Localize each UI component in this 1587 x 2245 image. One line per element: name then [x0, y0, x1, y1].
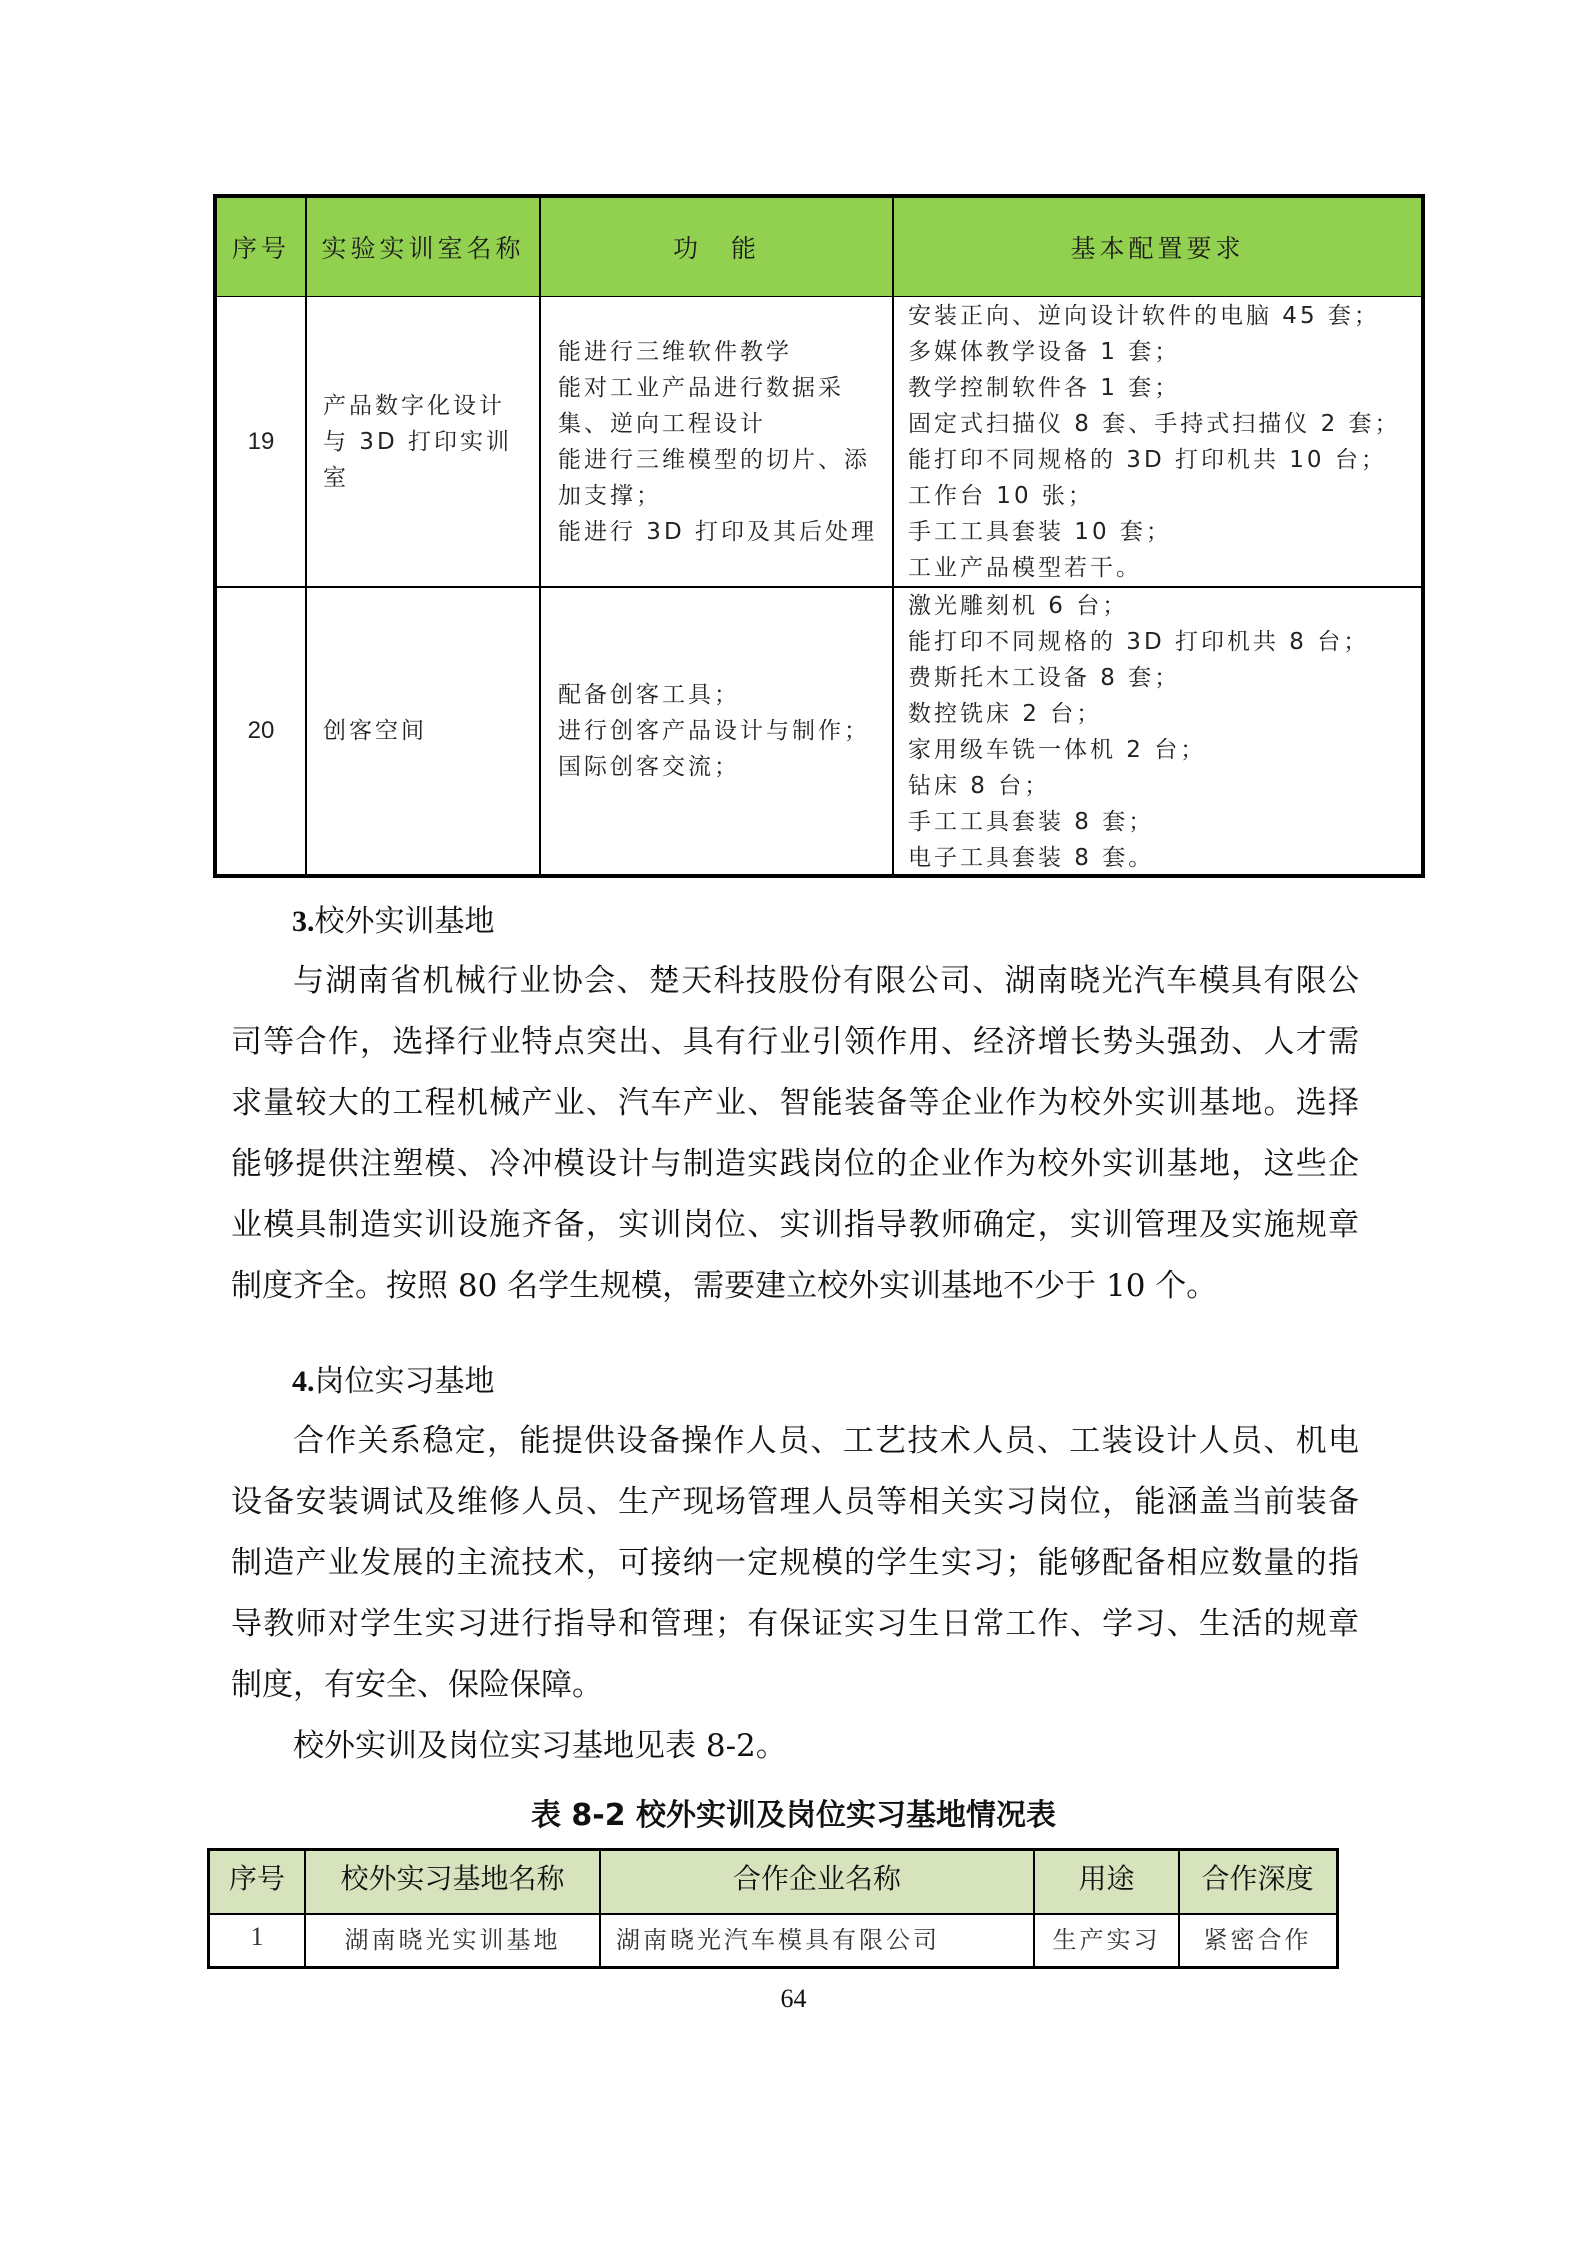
header-usage: 用途: [1035, 1851, 1178, 1903]
paragraph-line: 司等合作，选择行业特点突出、具有行业引领作用、经济增长势头强劲、人才需: [231, 1012, 1359, 1073]
header-no: 序号: [210, 1851, 304, 1903]
table-caption: 表 8-2 校外实训及岗位实习基地情况表: [0, 1790, 1587, 1834]
config-line: 激光雕刻机 6 台；: [908, 588, 1369, 624]
page-number: 64: [0, 1984, 1587, 2014]
function-line: 配备创客工具；: [558, 677, 870, 713]
row-1-base-name: 湖南晓光实训基地: [306, 1915, 599, 1959]
header-depth: 合作深度: [1180, 1851, 1335, 1903]
config-line: 能打印不同规格的 3D 打印机共 8 台；: [908, 624, 1369, 660]
config-line: 家用级车铣一体机 2 台；: [908, 732, 1369, 768]
table-reference-line: 校外实训及岗位实习基地见表 8-2。: [231, 1716, 1359, 1777]
paragraph-line: 能够提供注塑模、冷冲模设计与制造实践岗位的企业作为校外实训基地，这些企: [231, 1134, 1359, 1195]
section-title: 岗位实习基地: [315, 1364, 495, 1399]
row-20-function: 配备创客工具； 进行创客产品设计与制作； 国际创客交流；: [558, 588, 892, 874]
paragraph-line: 合作关系稳定，能提供设备操作人员、工艺技术人员、工装设计人员、机电: [231, 1411, 1359, 1472]
config-line: 能打印不同规格的 3D 打印机共 10 台；: [908, 442, 1401, 478]
header-function: 功 能: [541, 198, 892, 296]
config-line: 手工工具套装 8 套；: [908, 804, 1369, 840]
section-4-paragraph: 合作关系稳定，能提供设备操作人员、工艺技术人员、工装设计人员、机电 设备安装调试…: [231, 1411, 1359, 1777]
section-title: 校外实训基地: [315, 904, 495, 939]
config-line: 工业产品模型若干。: [908, 550, 1401, 586]
row-19-function: 能进行三维软件教学 能对工业产品进行数据采 集、逆向工程设计 能进行三维模型的切…: [558, 298, 892, 586]
row-20-no: 20: [217, 588, 305, 874]
paragraph-line: 设备安装调试及维修人员、生产现场管理人员等相关实习岗位，能涵盖当前装备: [231, 1472, 1359, 1533]
config-line: 固定式扫描仪 8 套、手持式扫描仪 2 套；: [908, 406, 1401, 442]
function-line: 能进行 3D 打印及其后处理: [558, 514, 877, 550]
section-4-heading: 4.岗位实习基地: [292, 1356, 495, 1400]
section-3-paragraph: 与湖南省机械行业协会、楚天科技股份有限公司、湖南晓光汽车模具有限公 司等合作，选…: [231, 951, 1359, 1317]
paragraph-line: 制度，有安全、保险保障。: [231, 1655, 1359, 1716]
function-line: 集、逆向工程设计: [558, 406, 877, 442]
paragraph-line: 导教师对学生实习进行指导和管理；有保证实习生日常工作、学习、生活的规章: [231, 1594, 1359, 1655]
config-line: 电子工具套装 8 套。: [908, 840, 1369, 876]
row-1-depth: 紧密合作: [1180, 1915, 1335, 1959]
paragraph-line: 制度齐全。按照 80 名学生规模，需要建立校外实训基地不少于 10 个。: [231, 1256, 1359, 1317]
section-number: 4.: [292, 1365, 315, 1398]
header-config: 基本配置要求: [894, 198, 1421, 296]
column-divider: [892, 198, 894, 874]
row-20-config: 激光雕刻机 6 台； 能打印不同规格的 3D 打印机共 8 台； 费斯托木工设备…: [908, 588, 1428, 874]
section-number: 3.: [292, 905, 315, 938]
row-1-no: 1: [210, 1915, 304, 1959]
row-1-company: 湖南晓光汽车模具有限公司: [616, 1915, 1033, 1959]
config-line: 工作台 10 张；: [908, 478, 1401, 514]
row-1-usage: 生产实习: [1035, 1915, 1178, 1959]
section-3-heading: 3.校外实训基地: [292, 896, 495, 940]
header-no: 序号: [217, 198, 305, 296]
lab-table: 序号 实验实训室名称 功 能 基本配置要求 19 产品数字化设计 与 3D 打印…: [213, 194, 1425, 878]
base-table: 序号 校外实习基地名称 合作企业名称 用途 合作深度 1 湖南晓光实训基地 湖南…: [207, 1848, 1339, 1969]
name-line: 产品数字化设计: [323, 388, 512, 424]
function-line: 进行创客产品设计与制作；: [558, 713, 870, 749]
name-line: 室: [323, 460, 512, 496]
column-divider: [305, 198, 307, 874]
config-line: 钻床 8 台；: [908, 768, 1369, 804]
row-19-no: 19: [217, 298, 305, 586]
config-line: 数控铣床 2 台；: [908, 696, 1369, 732]
paragraph-line: 求量较大的工程机械产业、汽车产业、智能装备等企业作为校外实训基地。选择: [231, 1073, 1359, 1134]
name-line: 与 3D 打印实训: [323, 424, 512, 460]
row-19-config: 安装正向、逆向设计软件的电脑 45 套； 多媒体教学设备 1 套； 教学控制软件…: [908, 298, 1428, 586]
function-line: 加支撑；: [558, 478, 877, 514]
header-room-name: 实验实训室名称: [307, 198, 539, 296]
header-base-name: 校外实习基地名称: [306, 1851, 599, 1903]
config-line: 手工工具套装 10 套；: [908, 514, 1401, 550]
column-divider: [539, 198, 541, 874]
function-line: 能对工业产品进行数据采: [558, 370, 877, 406]
header-company: 合作企业名称: [601, 1851, 1033, 1903]
config-line: 安装正向、逆向设计软件的电脑 45 套；: [908, 298, 1401, 334]
function-line: 能进行三维软件教学: [558, 334, 877, 370]
paragraph-line: 与湖南省机械行业协会、楚天科技股份有限公司、湖南晓光汽车模具有限公: [231, 951, 1359, 1012]
paragraph-line: 制造产业发展的主流技术，可接纳一定规模的学生实习；能够配备相应数量的指: [231, 1533, 1359, 1594]
row-20-name: 创客空间: [323, 588, 533, 874]
paragraph-line: 业模具制造实训设施齐备，实训岗位、实训指导教师确定，实训管理及实施规章: [231, 1195, 1359, 1256]
config-line: 多媒体教学设备 1 套；: [908, 334, 1401, 370]
row-19-name: 产品数字化设计 与 3D 打印实训 室: [323, 298, 533, 586]
function-line: 国际创客交流；: [558, 749, 870, 785]
name-line: 创客空间: [323, 713, 427, 749]
function-line: 能进行三维模型的切片、添: [558, 442, 877, 478]
config-line: 教学控制软件各 1 套；: [908, 370, 1401, 406]
config-line: 费斯托木工设备 8 套；: [908, 660, 1369, 696]
